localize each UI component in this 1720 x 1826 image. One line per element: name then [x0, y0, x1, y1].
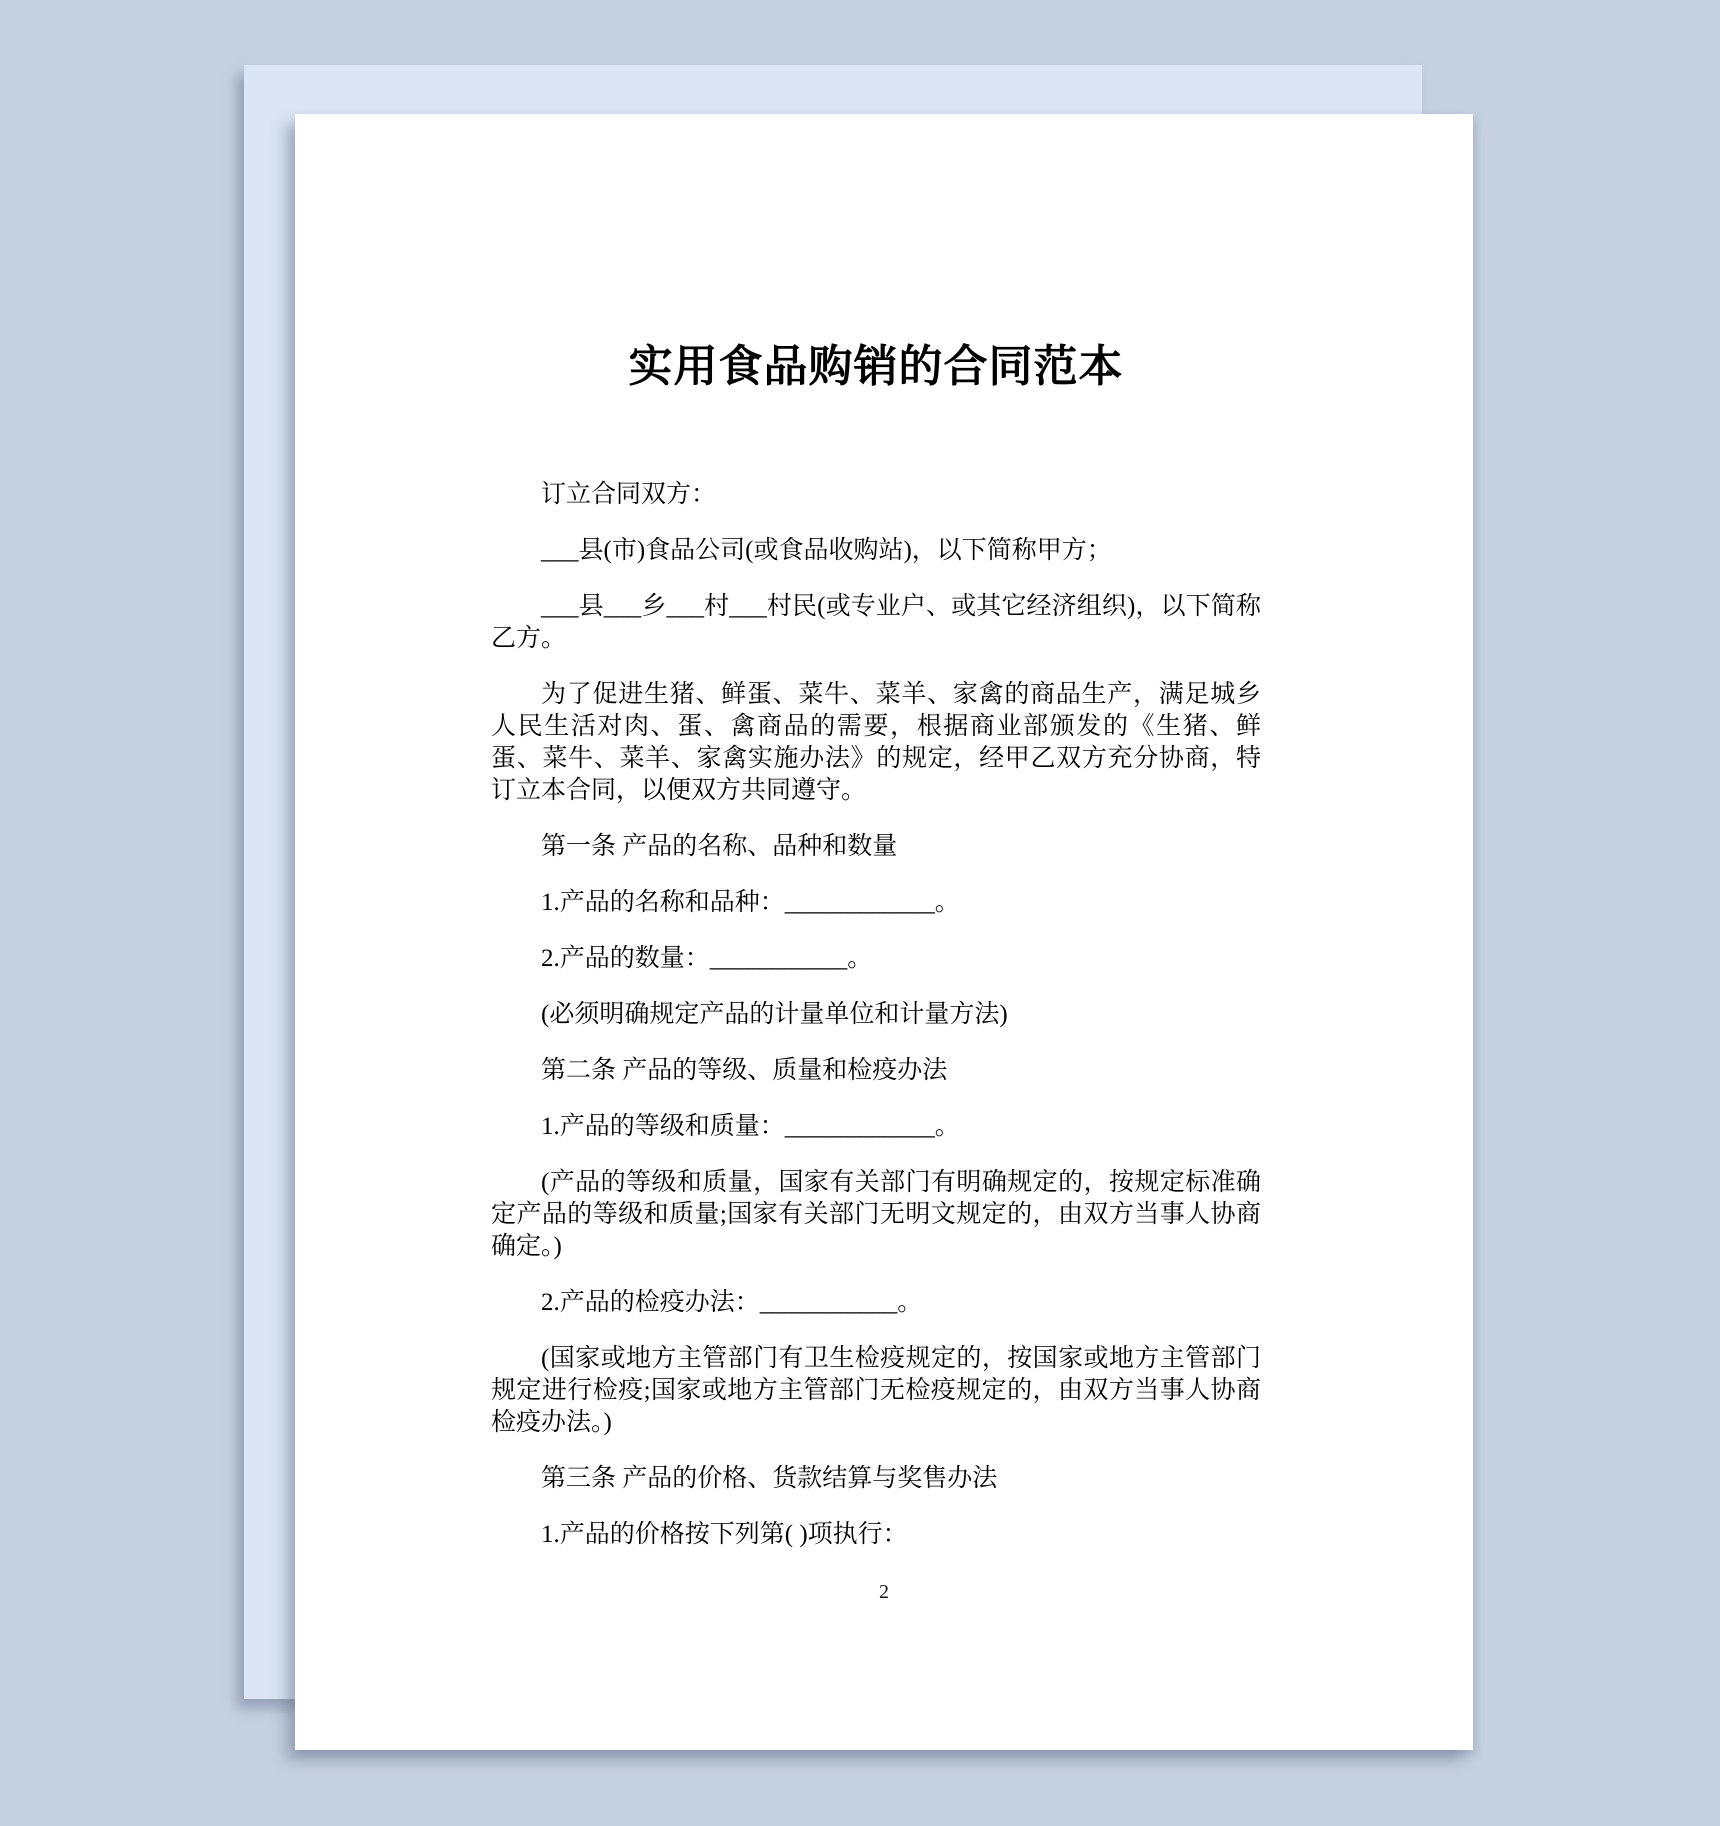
document-paragraph: 第一条 产品的名称、品种和数量	[491, 831, 1261, 863]
canvas-background: { "colors":{ "canvas_bg":"#c6d1e0", "bac…	[0, 0, 1720, 1826]
document-paragraph: 2.产品的数量：___________。	[491, 943, 1261, 975]
document-title: 实用食品购销的合同范本	[491, 340, 1261, 394]
document-paragraph: ___县___乡___村___村民(或专业户、或其它经济组织)，以下简称乙方。	[491, 591, 1261, 655]
document-paragraph: 1.产品的价格按下列第( )项执行：	[491, 1519, 1261, 1551]
document-paragraph: (产品的等级和质量，国家有关部门有明确规定的，按规定标准确定产品的等级和质量;国…	[491, 1167, 1261, 1263]
document-paragraph: (国家或地方主管部门有卫生检疫规定的，按国家或地方主管部门规定进行检疫;国家或地…	[491, 1343, 1261, 1439]
document-page: 实用食品购销的合同范本 订立合同双方：___县(市)食品公司(或食品收购站)，以…	[295, 114, 1473, 1750]
document-paragraph: ___县(市)食品公司(或食品收购站)，以下简称甲方；	[491, 535, 1261, 567]
document-paragraph: 订立合同双方：	[491, 479, 1261, 511]
page-number: 2	[295, 1580, 1473, 1604]
document-paragraph: 第三条 产品的价格、货款结算与奖售办法	[491, 1463, 1261, 1495]
document-paragraph: (必须明确规定产品的计量单位和计量方法)	[491, 999, 1261, 1031]
document-paragraph: 2.产品的检疫办法：___________。	[491, 1287, 1261, 1319]
document-paragraph: 为了促进生猪、鲜蛋、菜牛、菜羊、家禽的商品生产，满足城乡人民生活对肉、蛋、禽商品…	[491, 679, 1261, 807]
document-paragraph: 1.产品的名称和品种：____________。	[491, 887, 1261, 919]
document-paragraph: 第二条 产品的等级、质量和检疫办法	[491, 1055, 1261, 1087]
document-paragraph: 1.产品的等级和质量：____________。	[491, 1111, 1261, 1143]
document-body: 订立合同双方：___县(市)食品公司(或食品收购站)，以下简称甲方；___县__…	[491, 479, 1261, 1551]
